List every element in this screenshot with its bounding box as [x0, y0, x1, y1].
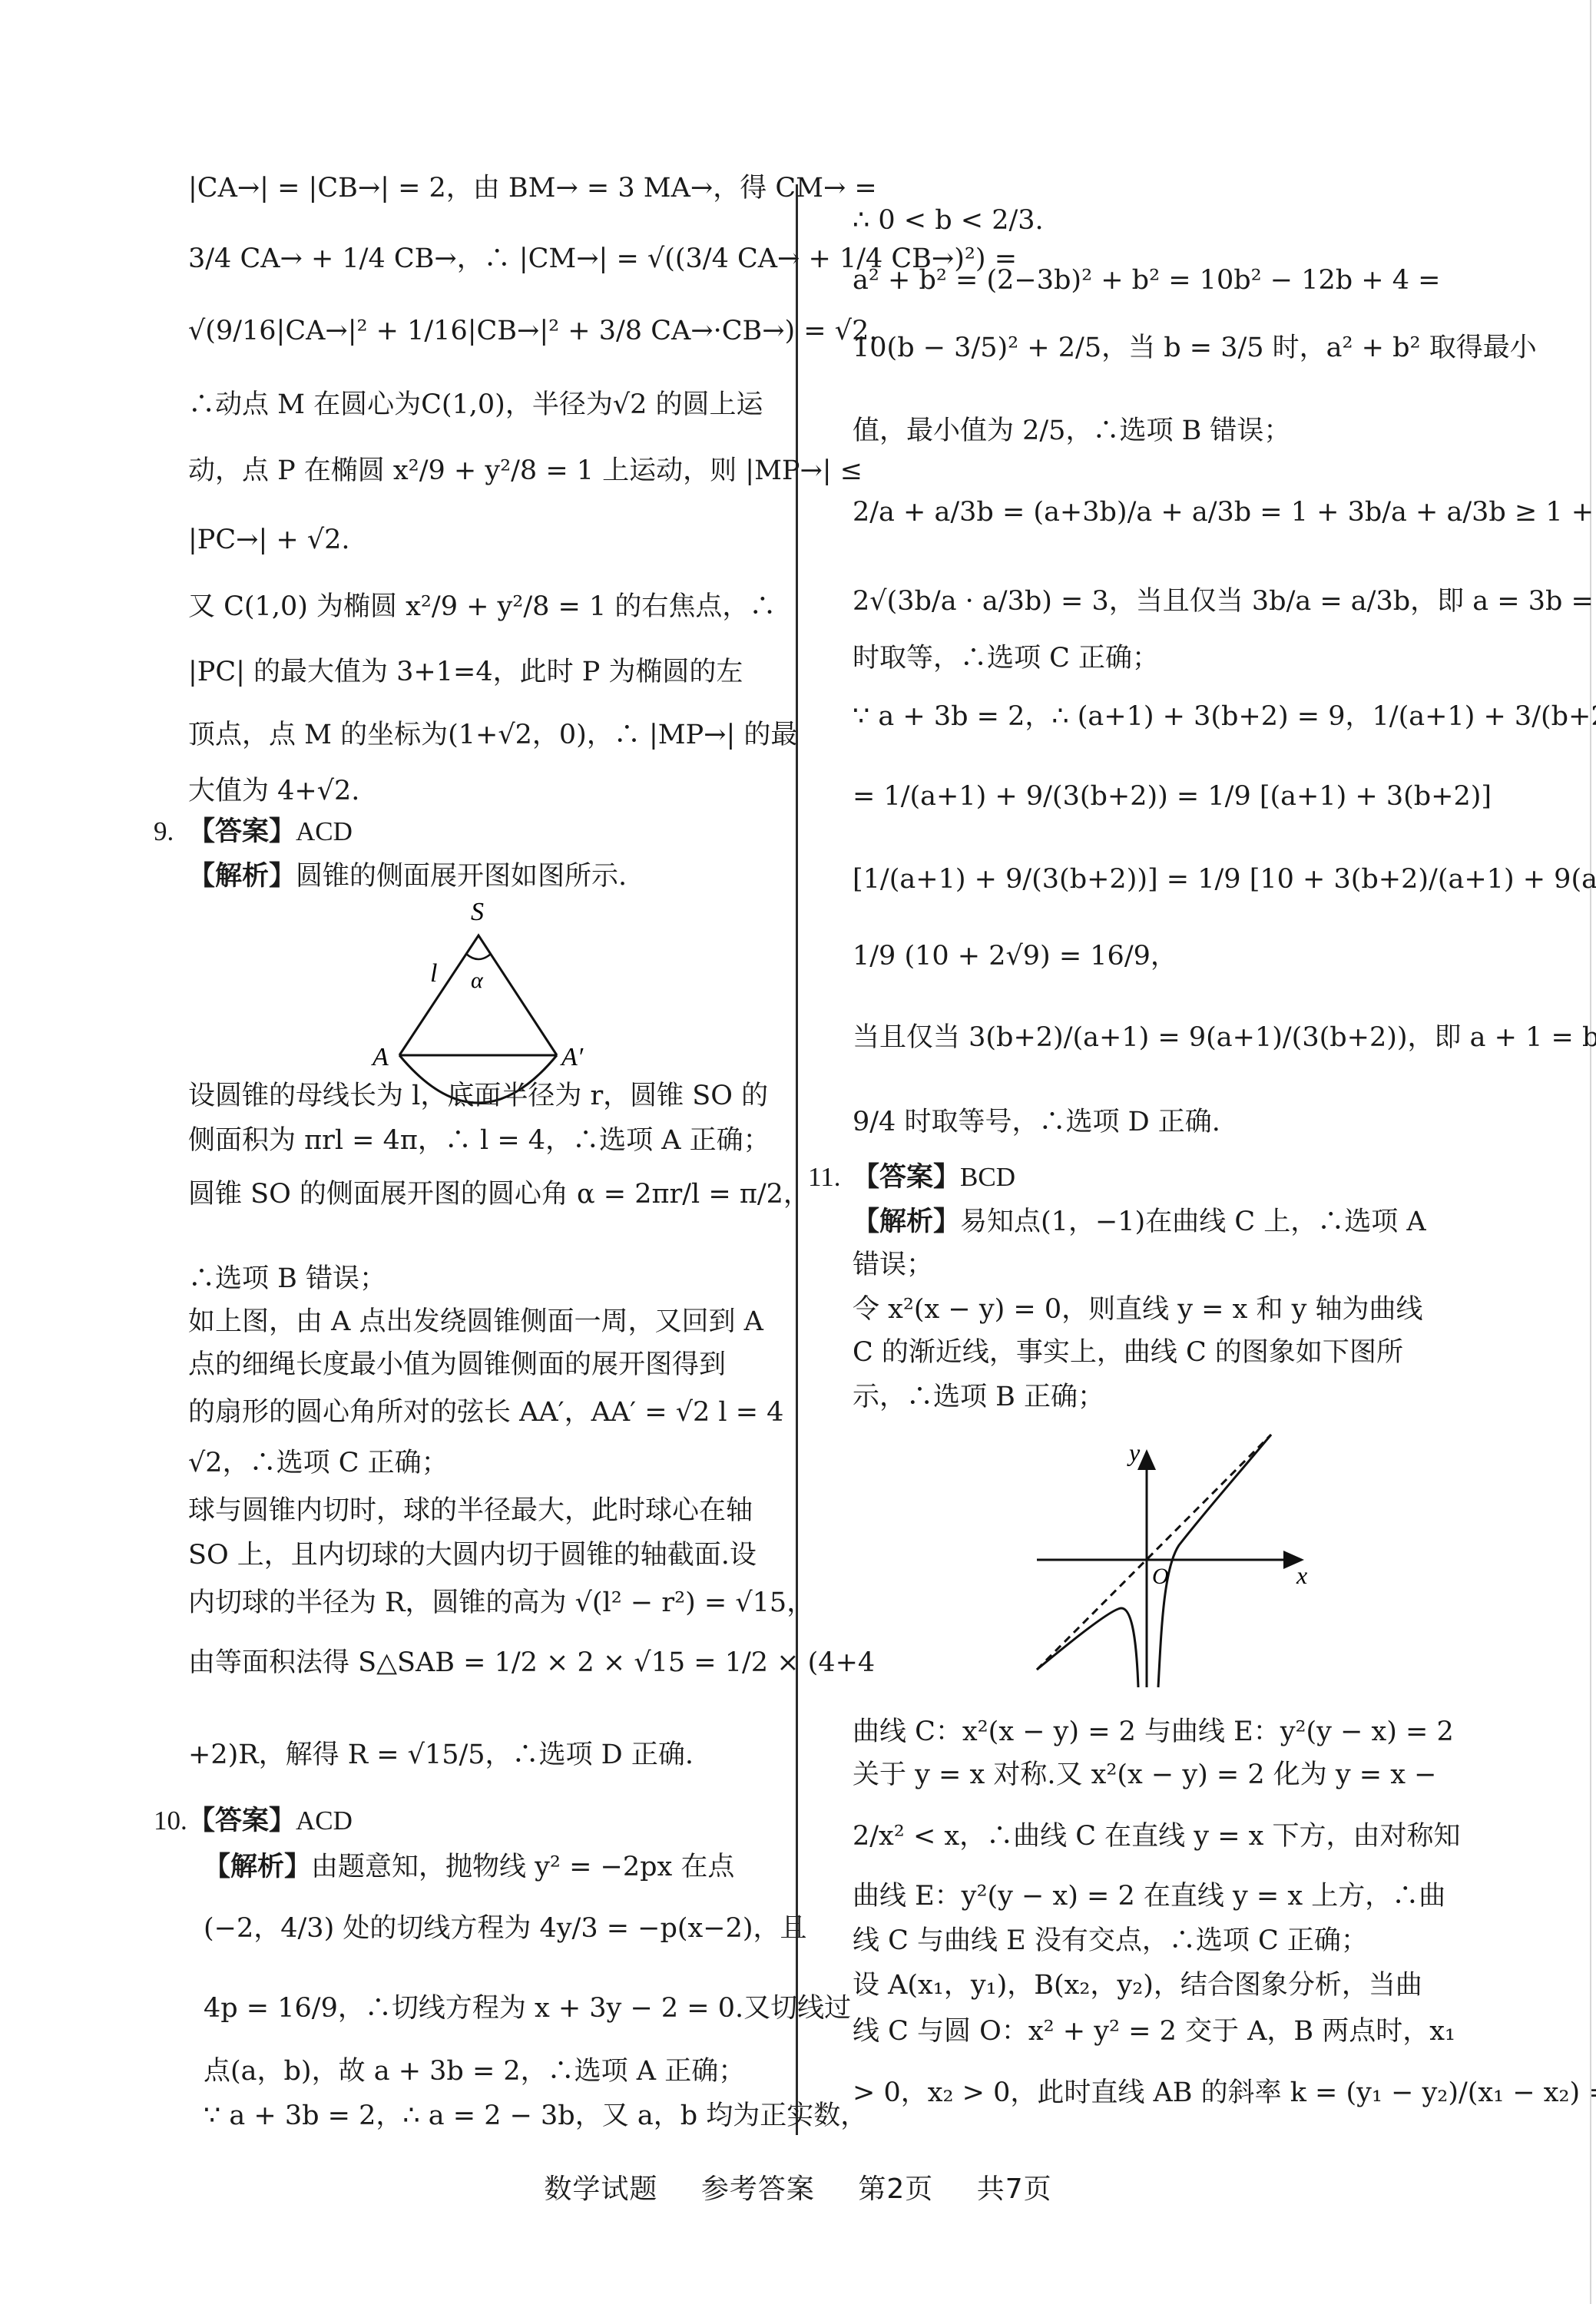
text-line: |PC→| + √2.: [188, 522, 350, 558]
label-s: S: [471, 898, 484, 926]
label-a: A: [371, 1043, 389, 1071]
text-line: 设 A(x₁，y₁)，B(x₂，y₂)，结合图象分析，当曲: [853, 1968, 1422, 2003]
answer-tag: 【答案】: [188, 816, 296, 847]
text-line: 当且仅当 3(b+2)/(a+1) = 9(a+1)/(3(b+2))，即 a …: [853, 1020, 1596, 1055]
y-axis-label: y: [1127, 1438, 1141, 1466]
text-line: 10(b − 3/5)² + 2/5，当 b = 3/5 时，a² + b² 取…: [853, 330, 1537, 366]
text-line: 4p = 16/9，∴切线方程为 x + 3y − 2 = 0.又切线过: [204, 1991, 851, 2026]
text-line: |CA→| = |CB→| = 2，由 BM→ = 3 MA→，得 CM→ =: [188, 170, 877, 206]
text-line: 由题意知，抛物线 y² = −2px 在点: [311, 1852, 734, 1882]
text-line: ∴选项 B 错误；: [188, 1261, 386, 1296]
text-line: 值，最小值为 2/5，∴选项 B 错误；: [853, 413, 1290, 449]
text-line: = 1/(a+1) + 9/(3(b+2)) = 1/9 [(a+1) + 3(…: [853, 779, 1492, 814]
footer-page: 第2页: [858, 2173, 933, 2205]
question-number-9: 9.: [154, 814, 174, 849]
analysis-tag: 【解析】: [204, 1851, 311, 1882]
footer-type: 参考答案: [701, 2173, 815, 2205]
text-line: [1/(a+1) + 9/(3(b+2))] = 1/9 [10 + 3(b+2…: [853, 862, 1596, 897]
text-line: √2，∴选项 C 正确；: [188, 1445, 449, 1481]
text-line: 大值为 4+√2.: [188, 773, 359, 809]
answer-line-10: 【答案】ACD: [188, 1803, 353, 1839]
text-line: 错误；: [853, 1247, 933, 1283]
analysis-line-11: 【解析】易知点(1，−1)在曲线 C 上，∴选项 A: [853, 1204, 1426, 1240]
text-line: 点(a，b)，故 a + 3b = 2，∴选项 A 正确；: [204, 2054, 745, 2089]
text-line: 线 C 与圆 O：x² + y² = 2 交于 A，B 两点时，x₁: [853, 2014, 1455, 2049]
text-line: 1/9 (10 + 2√9) = 16/9，: [853, 938, 1177, 974]
answer-line-11: 【答案】BCD: [853, 1160, 1015, 1195]
page-edge-line: [1590, 0, 1591, 2304]
text-line: 易知点(1，−1)在曲线 C 上，∴选项 A: [960, 1207, 1426, 1237]
answer-tag: 【答案】: [853, 1161, 960, 1193]
text-line: √(9/16|CA→|² + 1/16|CB→|² + 3/8 CA→·CB→)…: [188, 313, 877, 349]
text-line: SO 上，且内切球的大圆内切于圆锥的轴截面.设: [188, 1538, 757, 1573]
text-line: C 的渐近线，事实上，曲线 C 的图象如下图所: [853, 1335, 1403, 1370]
text-line: ∵ a + 3b = 2，∴ a = 2 − 3b，又 a，b 均为正实数，: [204, 2098, 867, 2134]
curve-c-graph: y x O: [1006, 1430, 1329, 1691]
text-line: 线 C 与曲线 E 没有交点，∴选项 C 正确；: [853, 1923, 1368, 1958]
text-line: 顶点，点 M 的坐标为(1+√2，0)，∴ |MP→| 的最: [188, 717, 797, 753]
text-line: 动，点 P 在椭圆 x²/9 + y²/8 = 1 上运动，则 |MP→| ≤: [188, 453, 863, 488]
text-line: > 0，x₂ > 0，此时直线 AB 的斜率 k = (y₁ − y₂)/(x₁…: [853, 2075, 1596, 2110]
text-line: 曲线 E：y²(y − x) = 2 在直线 y = x 上方，∴曲: [853, 1879, 1445, 1914]
footer-subject: 数学试题: [544, 2173, 657, 2205]
answer-tag: 【答案】: [188, 1805, 296, 1836]
analysis-intro: 圆锥的侧面展开图如图所示.: [296, 861, 627, 892]
analysis-tag: 【解析】: [853, 1206, 960, 1237]
question-number-11: 11.: [808, 1160, 840, 1195]
text-line: 2/x² < x，∴曲线 C 在直线 y = x 下方，由对称知: [853, 1819, 1461, 1854]
text-line: 示，∴选项 B 正确；: [853, 1379, 1104, 1415]
text-line: 点的细绳长度最小值为圆锥侧面的展开图得到: [188, 1347, 726, 1382]
text-line: |PC| 的最大值为 3+1=4，此时 P 为椭圆的左: [188, 654, 743, 690]
text-line: +2)R，解得 R = √15/5，∴选项 D 正确.: [188, 1737, 694, 1773]
analysis-line-9: 【解析】圆锥的侧面展开图如图所示.: [188, 859, 627, 894]
text-line: a² + b² = (2−3b)² + b² = 10b² − 12b + 4 …: [853, 263, 1440, 298]
answer-line-9: 【答案】ACD: [188, 814, 353, 849]
answer-value: BCD: [960, 1162, 1015, 1192]
answer-value: ACD: [296, 1806, 353, 1836]
text-line: 9/4 时取等号，∴选项 D 正确.: [853, 1104, 1220, 1140]
text-line: 设圆锥的母线长为 l，底面半径为 r，圆锥 SO 的: [188, 1078, 768, 1114]
text-line: 球与圆锥内切时，球的半径最大，此时球心在轴: [188, 1493, 753, 1528]
text-line: ∴ 0 < b < 2/3.: [853, 203, 1044, 238]
question-number-10: 10.: [154, 1803, 187, 1839]
text-line: 内切球的半径为 R，圆锥的高为 √(l² − r²) = √15，: [188, 1585, 813, 1620]
analysis-tag: 【解析】: [188, 860, 296, 892]
label-alpha: α: [471, 968, 484, 993]
text-line: 2√(3b/a · a/3b) = 3，当且仅当 3b/a = a/3b，即 a…: [853, 584, 1596, 619]
text-line: 由等面积法得 S△SAB = 1/2 × 2 × √15 = 1/2 × (4+…: [188, 1645, 875, 1680]
text-line: (−2，4/3) 处的切线方程为 4y/3 = −p(x−2)，且: [204, 1911, 807, 1946]
text-line: 2/a + a/3b = (a+3b)/a + a/3b = 1 + 3b/a …: [853, 495, 1594, 530]
analysis-line-10: 【解析】由题意知，抛物线 y² = −2px 在点: [204, 1849, 734, 1885]
text-line: 令 x²(x − y) = 0，则直线 y = x 和 y 轴为曲线: [853, 1292, 1423, 1327]
text-line: 关于 y = x 对称.又 x²(x − y) = 2 化为 y = x −: [853, 1757, 1436, 1793]
text-line: ∵ a + 3b = 2，∴ (a+1) + 3(b+2) = 9，1/(a+1…: [853, 699, 1596, 734]
label-l: l: [430, 959, 437, 988]
x-axis-label: x: [1296, 1561, 1307, 1589]
label-a-prime: A′: [560, 1043, 584, 1071]
text-line: 圆锥 SO 的侧面展开图的圆心角 α = 2πr/l = π/2，: [188, 1177, 810, 1212]
origin-label: O: [1152, 1564, 1169, 1589]
text-line: 侧面积为 πrl = 4π，∴ l = 4，∴选项 A 正确；: [188, 1123, 770, 1158]
footer-total: 共7页: [977, 2173, 1052, 2205]
text-line: 曲线 C：x²(x − y) = 2 与曲线 E：y²(y − x) = 2: [853, 1714, 1454, 1750]
text-line: 的扇形的圆心角所对的弦长 AA′，AA′ = √2 l = 4: [188, 1395, 783, 1430]
text-line: ∴动点 M 在圆心为C(1,0)，半径为√2 的圆上运: [188, 387, 763, 422]
text-line: 时取等，∴选项 C 正确；: [853, 641, 1159, 676]
text-line: 如上图，由 A 点出发绕圆锥侧面一周，又回到 A: [188, 1304, 763, 1339]
page-footer: 数学试题 参考答案 第2页 共7页: [0, 2167, 1596, 2206]
text-line: 又 C(1,0) 为椭圆 x²/9 + y²/8 = 1 的右焦点，∴: [188, 589, 776, 624]
answer-value: ACD: [296, 816, 353, 846]
